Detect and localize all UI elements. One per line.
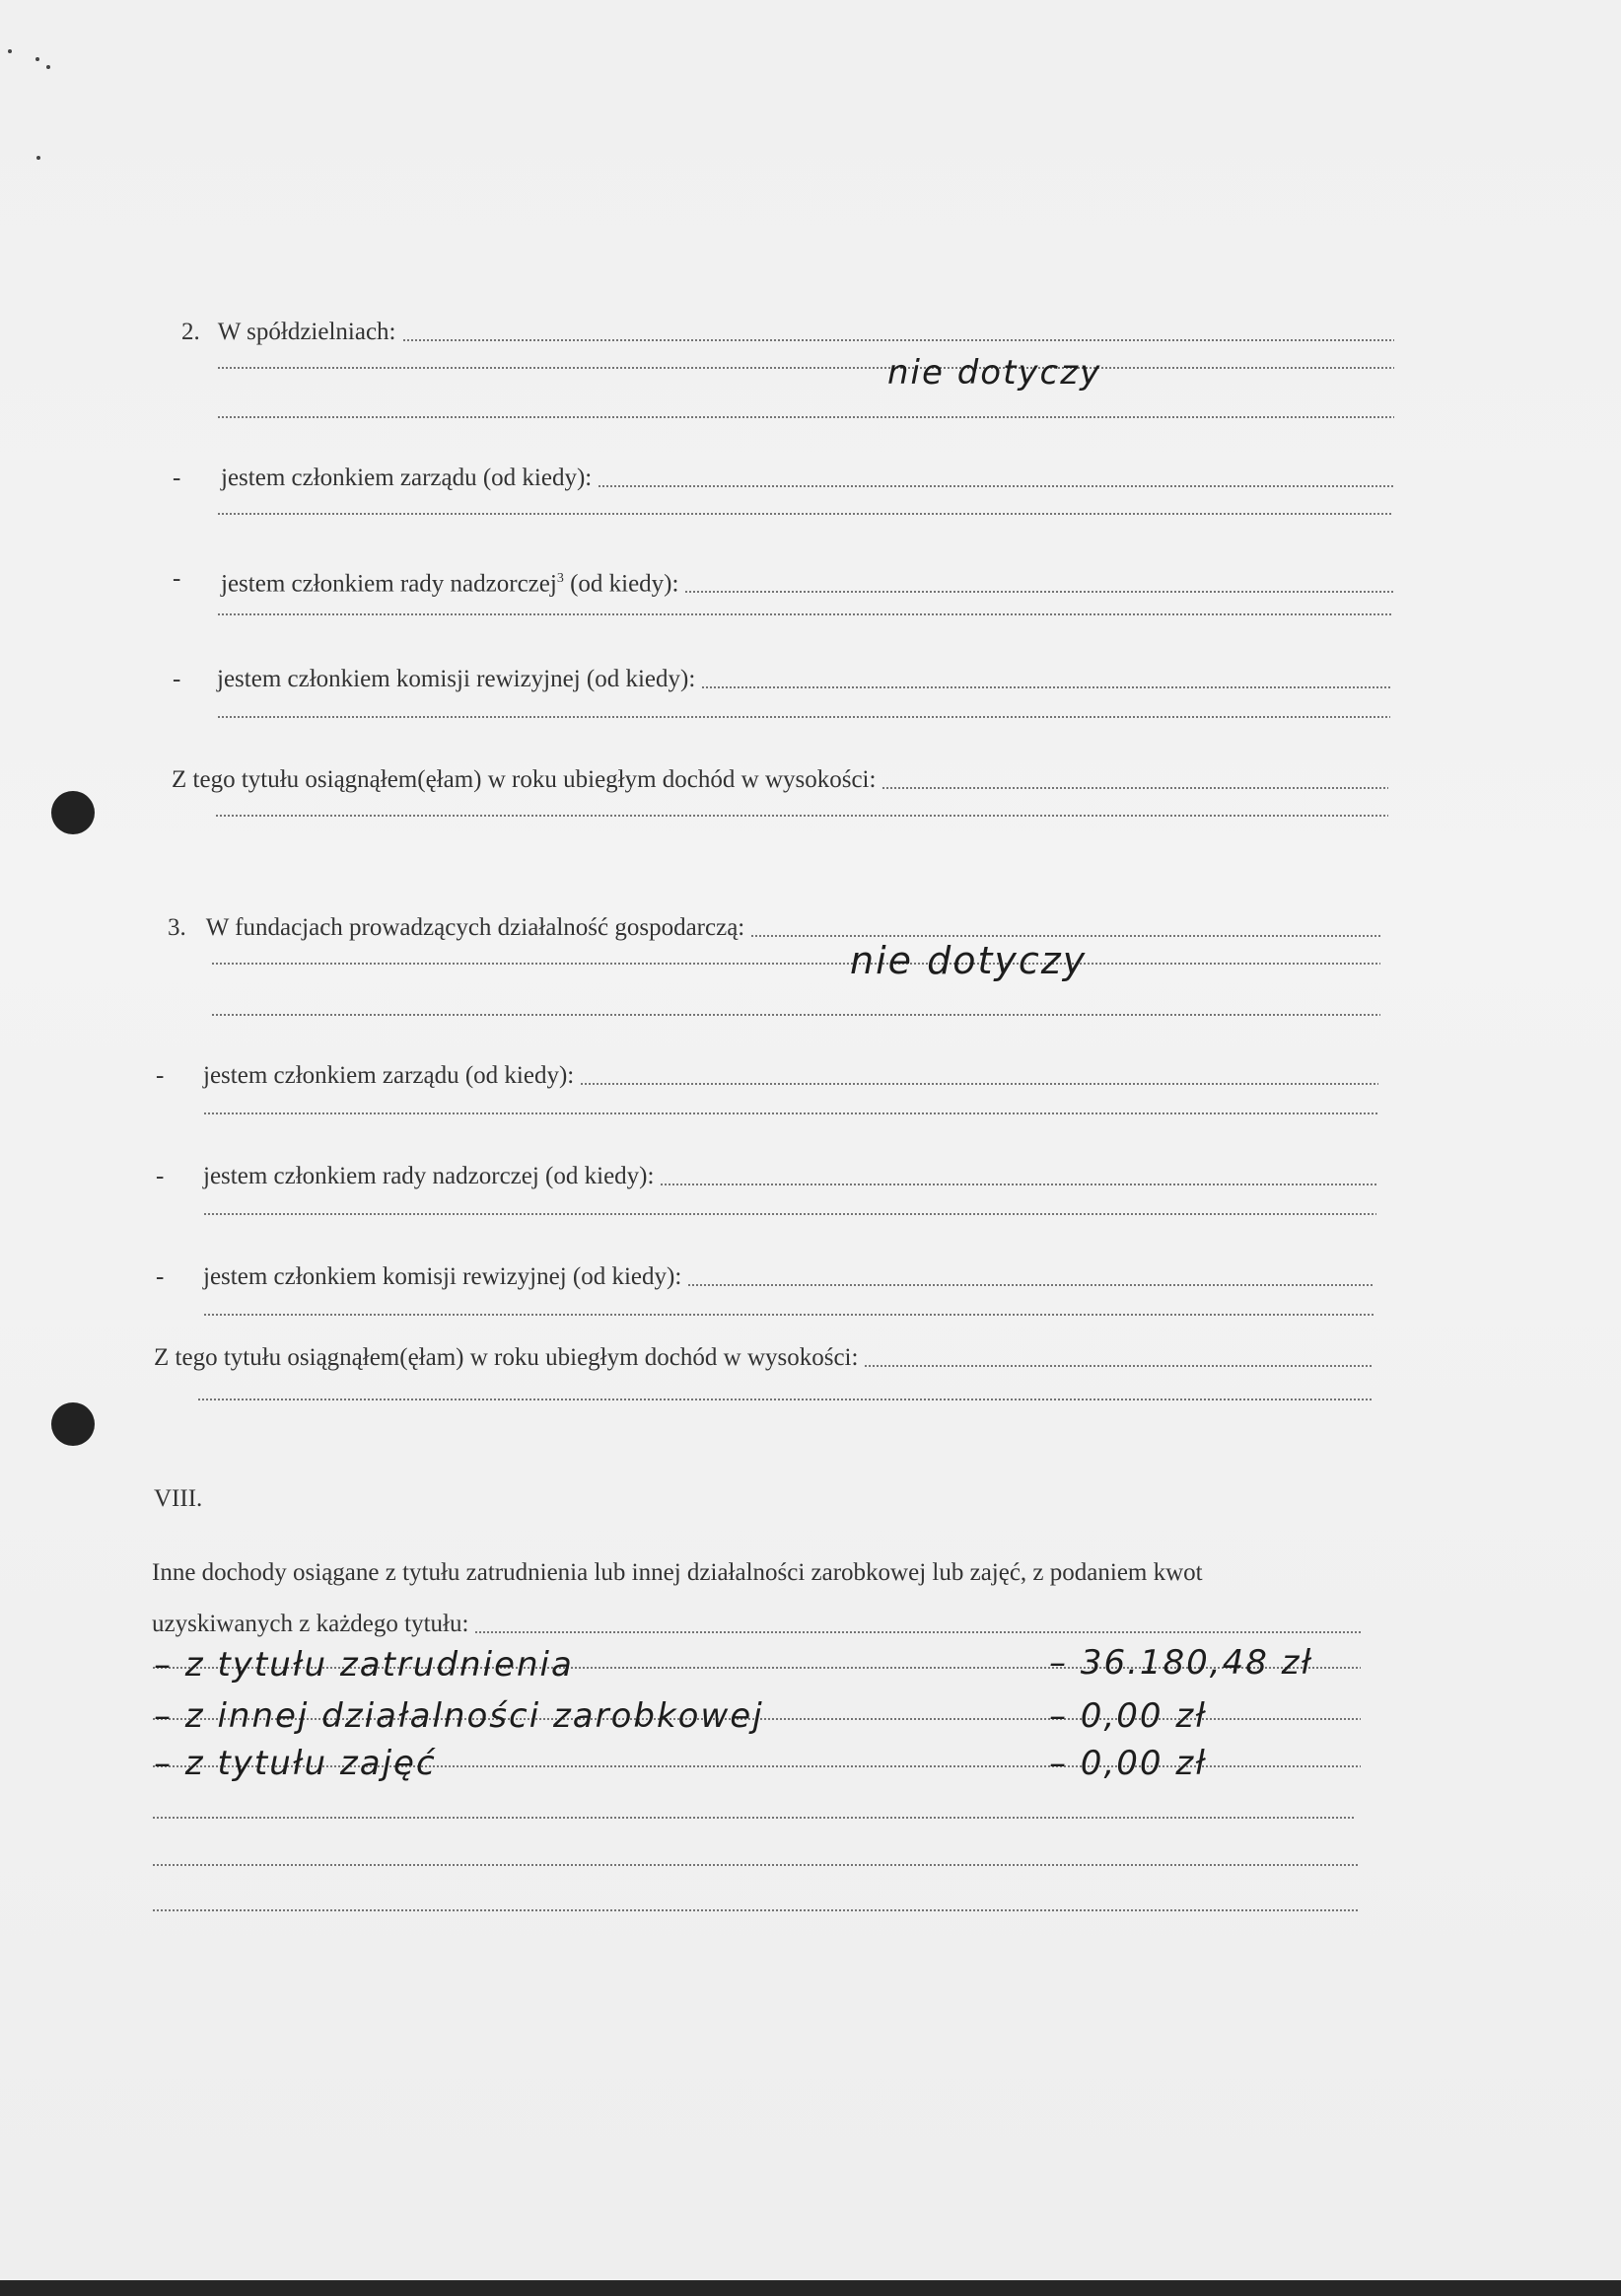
fill-line[interactable]: [152, 1817, 1355, 1825]
fill-line[interactable]: [598, 485, 1394, 487]
section2-number: 2.: [181, 318, 200, 347]
fill-line[interactable]: [152, 1864, 1359, 1872]
income-entry-amount: – 0,00 zł: [1049, 1744, 1207, 1783]
section2-title: W spółdzielniach:: [218, 318, 396, 347]
punch-hole: [51, 791, 95, 834]
fill-line[interactable]: [864, 1365, 1373, 1367]
bullet: -: [173, 564, 180, 594]
fill-line[interactable]: [402, 339, 1395, 341]
scan-speck: [46, 65, 50, 69]
section2-handwritten-answer: nie dotyczy: [887, 353, 1101, 393]
fill-line[interactable]: [203, 1213, 1376, 1221]
section2-income-line: Z tego tytułu osiągnąłem(ęłam) w roku ub…: [172, 765, 1388, 795]
section2-board-member-line: jestem członkiem zarządu (od kiedy):: [221, 464, 1394, 493]
bullet: -: [173, 665, 180, 694]
footnote-mark: 3: [557, 571, 564, 586]
section2-audit-line: jestem członkiem komisji rewizyjnej (od …: [217, 665, 1390, 694]
fill-line[interactable]: [701, 686, 1390, 688]
section2-fill-line-1[interactable]: [217, 367, 1394, 375]
section3-handwritten-answer: nie dotyczy: [850, 939, 1087, 982]
fill-line[interactable]: [217, 513, 1392, 521]
income-entry-amount: – 0,00 zł: [1049, 1696, 1207, 1736]
section3-board-member-line: jestem członkiem zarządu (od kiedy):: [203, 1061, 1378, 1091]
fill-line[interactable]: [580, 1083, 1378, 1085]
fill-line[interactable]: [203, 1314, 1374, 1322]
section8-heading: VIII.: [154, 1485, 202, 1513]
section3-supervisory-line: jestem członkiem rady nadzorczej (od kie…: [203, 1162, 1376, 1191]
section2-audit-label: jestem członkiem komisji rewizyjnej (od …: [217, 665, 695, 694]
bullet: -: [156, 1262, 164, 1292]
section3-income-line: Z tego tytułu osiągnąłem(ęłam) w roku ub…: [154, 1343, 1373, 1373]
bullet: -: [156, 1162, 164, 1191]
section3-fill-line-2[interactable]: [211, 1014, 1380, 1022]
income-entry-source: – z innej działalności zarobkowej: [154, 1696, 764, 1736]
fill-line[interactable]: [881, 787, 1388, 789]
fill-line[interactable]: [474, 1631, 1361, 1633]
income-entry-source: – z tytułu zatrudnienia: [154, 1645, 574, 1685]
scan-bottom-edge: [0, 2280, 1621, 2296]
fill-line[interactable]: [215, 815, 1388, 823]
fill-line[interactable]: [750, 935, 1380, 937]
fill-line[interactable]: [217, 613, 1392, 621]
bullet: -: [173, 464, 180, 493]
section8-description: Inne dochody osiągane z tytułu zatrudnie…: [152, 1558, 1203, 1588]
income-entry-source: – z tytułu zajęć: [154, 1744, 437, 1783]
section3-audit-label: jestem członkiem komisji rewizyjnej (od …: [203, 1262, 681, 1292]
section3-supervisory-label: jestem członkiem rady nadzorczej (od kie…: [203, 1162, 654, 1191]
section2-supervisory-line: jestem członkiem rady nadzorczej3 (od ki…: [221, 564, 1394, 599]
scan-speck: [35, 57, 39, 61]
section2-income-label: Z tego tytułu osiągnąłem(ęłam) w roku ub…: [172, 765, 876, 795]
fill-line[interactable]: [203, 1112, 1378, 1120]
scanned-page: 2. W spółdzielniach: nie dotyczy - jeste…: [0, 0, 1621, 2280]
fill-line[interactable]: [217, 716, 1390, 724]
fill-line[interactable]: [197, 1399, 1373, 1406]
section2-fill-line-2[interactable]: [217, 416, 1394, 424]
section3-title-line: 3. W fundacjach prowadzących działalność…: [168, 913, 1380, 943]
fill-line[interactable]: [660, 1184, 1376, 1185]
section8-description-line2: uzyskiwanych z każdego tytułu:: [152, 1610, 1361, 1639]
section3-audit-line: jestem członkiem komisji rewizyjnej (od …: [203, 1262, 1374, 1292]
scan-speck: [8, 49, 12, 53]
fill-line[interactable]: [152, 1909, 1359, 1917]
section2-supervisory-label: jestem członkiem rady nadzorczej3 (od ki…: [221, 564, 678, 599]
income-entry-amount: – 36.180,48 zł: [1049, 1643, 1312, 1683]
section3-number: 3.: [168, 913, 186, 943]
section3-board-member-label: jestem członkiem zarządu (od kiedy):: [203, 1061, 574, 1091]
bullet: -: [156, 1061, 164, 1091]
scan-speck: [36, 156, 40, 160]
section3-title: W fundacjach prowadzących działalność go…: [206, 913, 745, 943]
section3-income-label: Z tego tytułu osiągnąłem(ęłam) w roku ub…: [154, 1343, 858, 1373]
punch-hole: [51, 1402, 95, 1446]
fill-line[interactable]: [684, 591, 1394, 593]
section2-board-member-label: jestem członkiem zarządu (od kiedy):: [221, 464, 592, 493]
section3-fill-line-1[interactable]: [211, 963, 1380, 970]
fill-line[interactable]: [687, 1284, 1374, 1286]
section2-title-line: 2. W spółdzielniach:: [181, 318, 1394, 347]
